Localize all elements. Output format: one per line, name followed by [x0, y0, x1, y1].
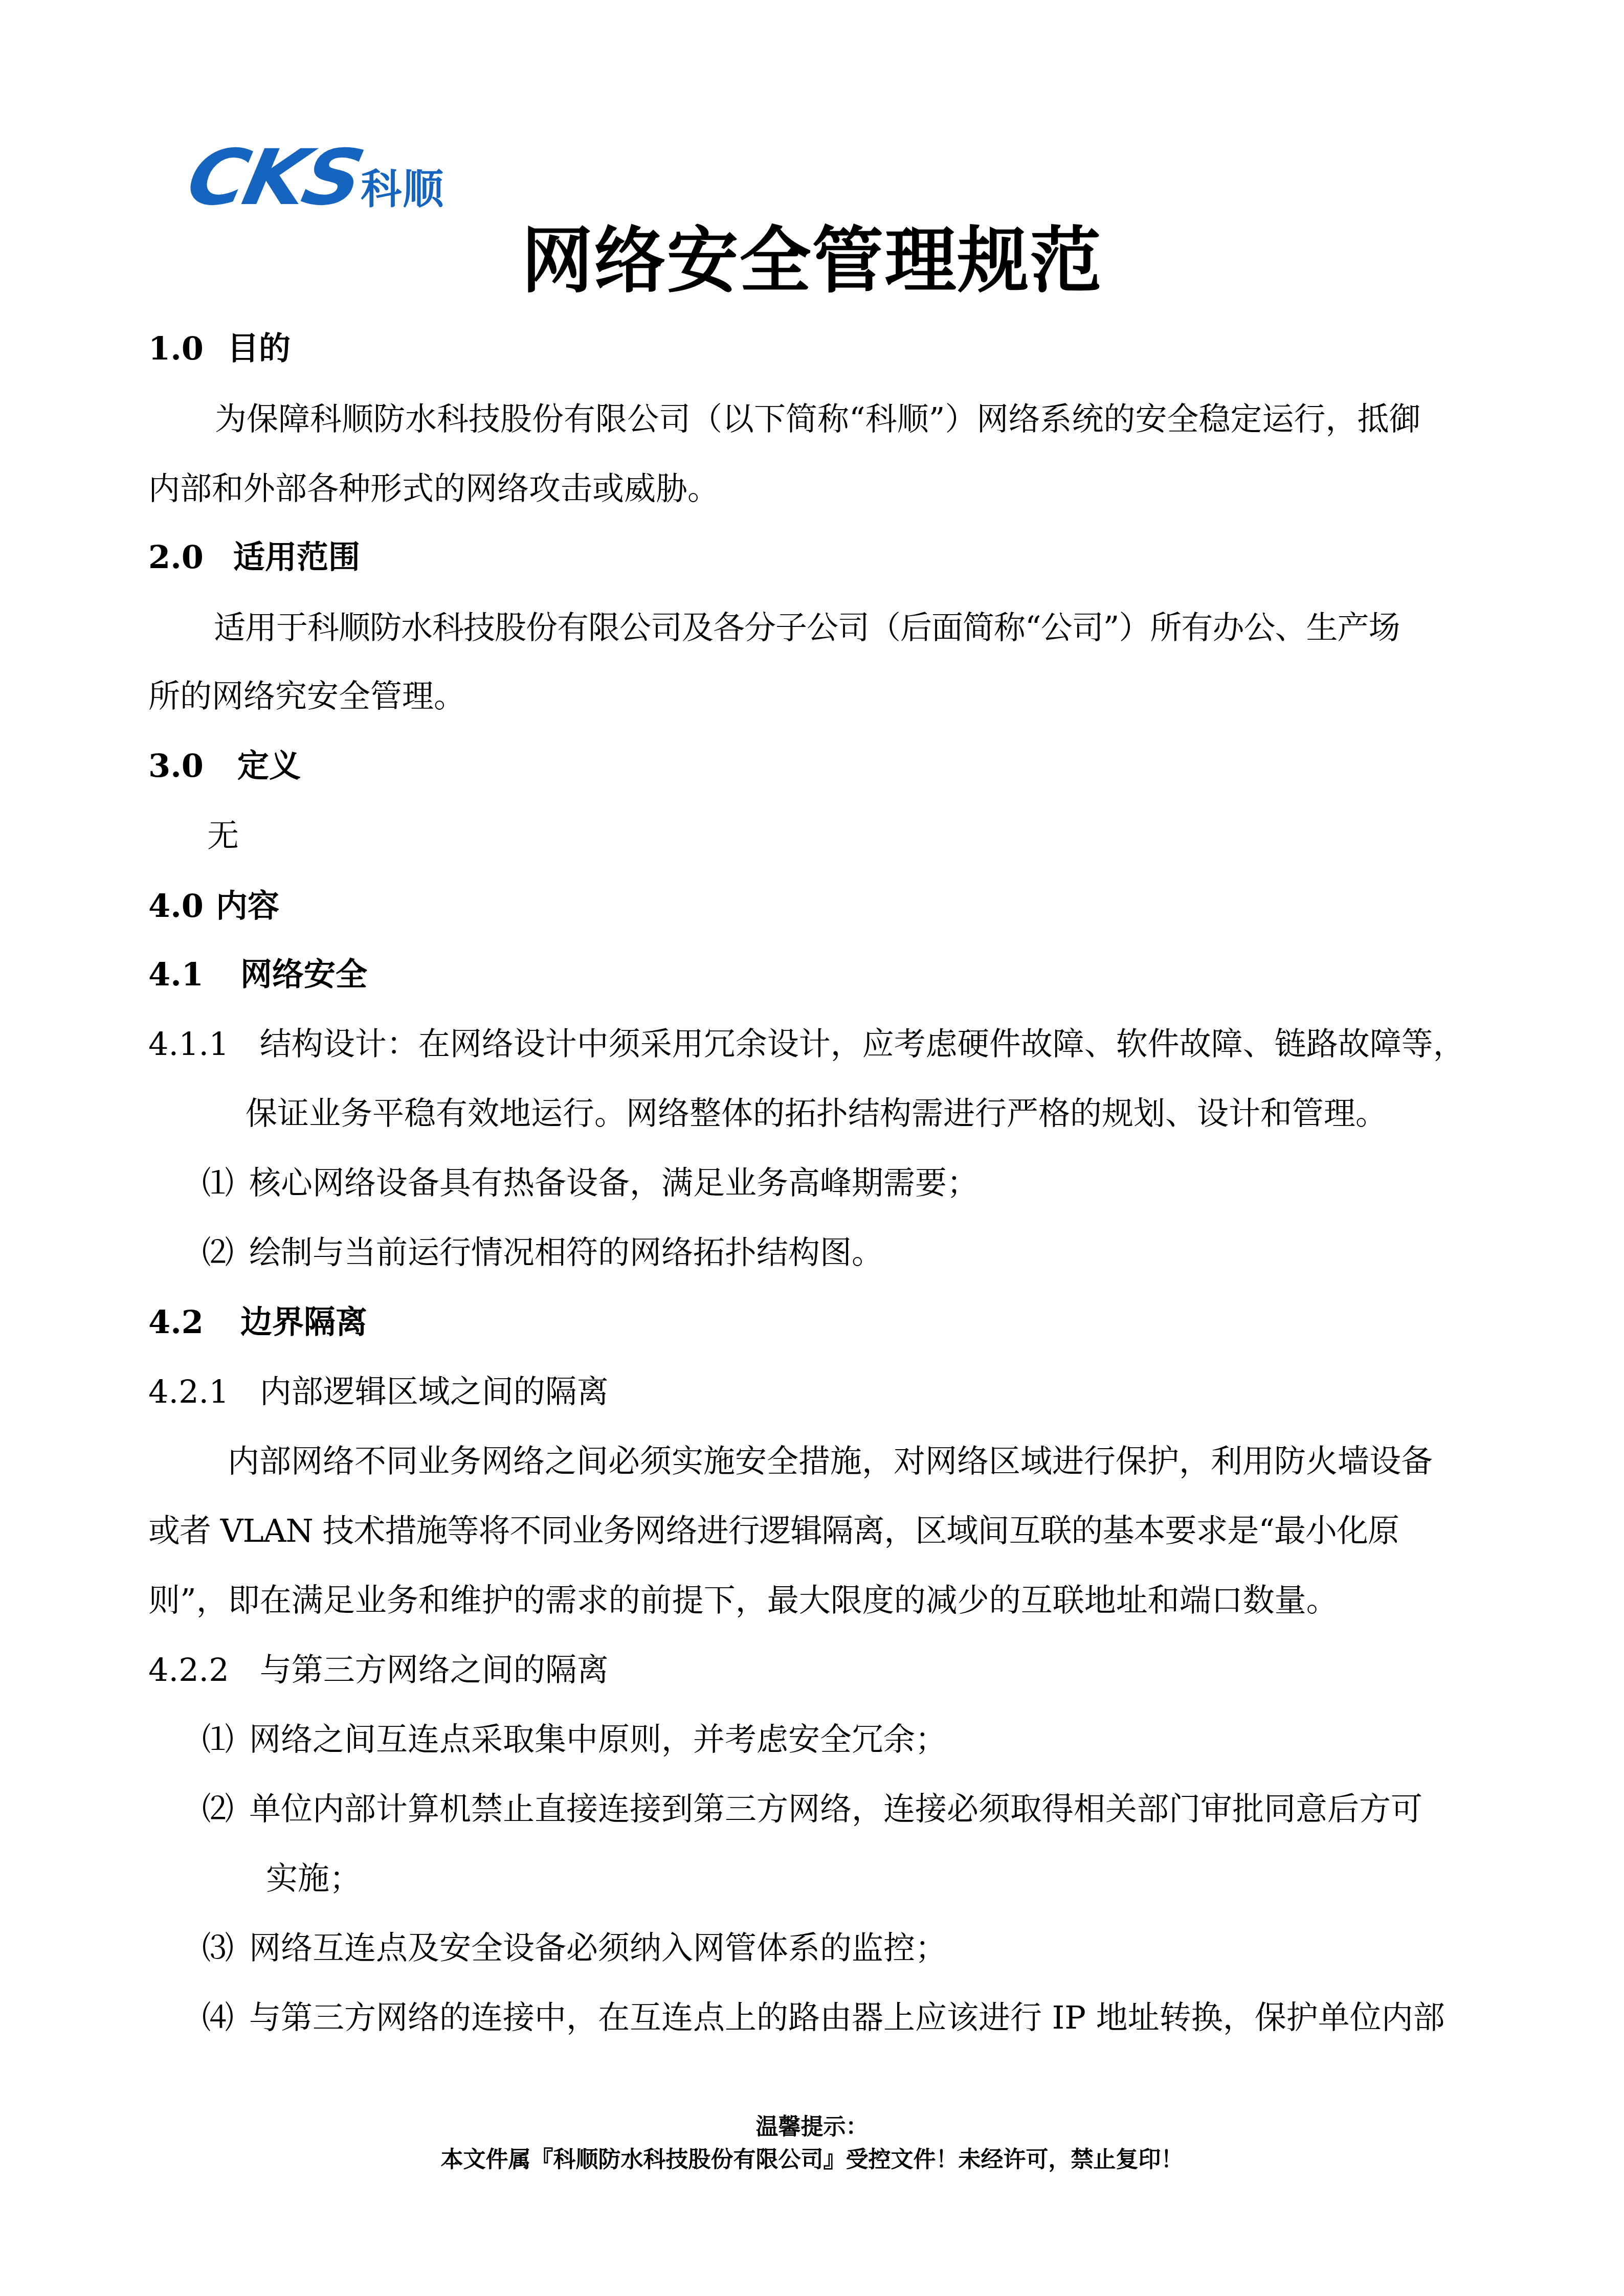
list-marker: ⑵	[202, 1234, 234, 1271]
logo-chinese-name: 科顺	[361, 169, 444, 210]
section-heading-text: 网络安全	[240, 956, 367, 993]
list-item-text: 绘制与当前运行情况相符的网络拓扑结构图。	[249, 1234, 883, 1271]
list-item: ⑷与第三方网络的连接中，在互连点上的路由器上应该进行 IP 地址转换，保护单位内…	[202, 1997, 1445, 2038]
list-marker: ⑷	[202, 1999, 234, 2036]
section-number: 4.0	[148, 886, 204, 927]
list-item-continuation: 实施；	[266, 1858, 361, 1899]
logo-mark: CKS	[182, 142, 367, 214]
section-4-2-1-paragraph-line-2: 或者 VLAN 技术措施等将不同业务网络进行逻辑隔离，区域间互联的基本要求是“最…	[148, 1511, 1399, 1551]
section-4-1-1-line-2: 保证业务平稳有效地运行。网络整体的拓扑结构需进行严格的规划、设计和管理。	[246, 1093, 1387, 1134]
section-heading-text: 适用范围	[233, 538, 360, 576]
list-item: ⑵单位内部计算机禁止直接连接到第三方网络，连接必须取得相关部门审批同意后方可	[202, 1789, 1422, 1830]
list-item-text: 网络互连点及安全设备必须纳入网管体系的监控；	[249, 1929, 947, 1967]
section-4-1-heading: 4.1网络安全	[148, 954, 367, 995]
section-4-2-1-paragraph-line-1: 内部网络不同业务网络之间必须实施安全措施，对网络区域进行保护，利用防火墙设备	[228, 1441, 1433, 1482]
section-1-paragraph-line-1: 为保障科顺防水科技股份有限公司（以下简称“科顺”）网络系统的安全稳定运行，抵御	[215, 399, 1420, 440]
section-2-paragraph-line-2: 所的网络究安全管理。	[148, 676, 465, 717]
section-text: 结构设计：在网络设计中须采用冗余设计，应考虑硬件故障、软件故障、链路故障等，	[260, 1025, 1465, 1063]
list-item: ⑴网络之间互连点采取集中原则，并考虑安全冗余；	[202, 1719, 947, 1760]
section-heading-text: 目的	[227, 330, 291, 367]
section-number: 4.2.1	[148, 1371, 229, 1412]
list-item: ⑵绘制与当前运行情况相符的网络拓扑结构图。	[202, 1232, 883, 1273]
list-item-text: 核心网络设备具有热备设备，满足业务高峰期需要；	[249, 1164, 978, 1202]
section-4-2-heading: 4.2边界隔离	[148, 1302, 367, 1343]
list-marker: ⑶	[202, 1929, 234, 1967]
section-3-body: 无	[207, 816, 239, 857]
section-heading-text: 边界隔离	[240, 1303, 367, 1341]
section-number: 3.0	[148, 746, 204, 786]
section-2-paragraph-line-1: 适用于科顺防水科技股份有限公司及各分子公司（后面简称“公司”）所有办公、生产场	[214, 607, 1399, 648]
list-item-text: 单位内部计算机禁止直接连接到第三方网络，连接必须取得相关部门审批同意后方可	[249, 1790, 1422, 1828]
section-heading-text: 与第三方网络之间的隔离	[260, 1651, 609, 1689]
footer-notice-title: 温馨提示：	[0, 2113, 1624, 2142]
section-number: 1.0	[148, 328, 204, 369]
section-number: 4.2.2	[148, 1650, 229, 1691]
section-4-2-2-heading: 4.2.2与第三方网络之间的隔离	[148, 1650, 609, 1691]
list-item-text: 与第三方网络的连接中，在互连点上的路由器上应该进行 IP 地址转换，保护单位内部	[249, 1999, 1445, 2036]
list-item: ⑶网络互连点及安全设备必须纳入网管体系的监控；	[202, 1928, 947, 1969]
section-2-heading: 2.0适用范围	[148, 537, 360, 578]
section-heading-text: 定义	[237, 747, 301, 784]
section-1-paragraph-line-2: 内部和外部各种形式的网络攻击或威胁。	[148, 468, 719, 509]
section-number: 2.0	[148, 537, 204, 578]
list-item-text: 网络之间互连点采取集中原则，并考虑安全冗余；	[249, 1721, 947, 1758]
section-heading-text: 内部逻辑区域之间的隔离	[260, 1373, 609, 1410]
section-4-heading: 4.0内容	[148, 886, 279, 927]
section-4-2-1-paragraph-line-3: 则”，即在满足业务和维护的需求的前提下，最大限度的减少的互联地址和端口数量。	[148, 1580, 1338, 1621]
section-number: 4.1.1	[148, 1024, 229, 1065]
list-marker: ⑴	[202, 1721, 234, 1758]
company-logo: CKS 科顺	[182, 137, 444, 214]
section-heading-text: 内容	[216, 887, 279, 925]
section-1-heading: 1.0目的	[148, 328, 291, 369]
section-4-2-1-heading: 4.2.1内部逻辑区域之间的隔离	[148, 1371, 609, 1412]
list-item: ⑴核心网络设备具有热备设备，满足业务高峰期需要；	[202, 1163, 978, 1204]
list-marker: ⑵	[202, 1790, 234, 1828]
footer-notice-text: 本文件属『科顺防水科技股份有限公司』受控文件！未经许可，禁止复印！	[0, 2146, 1624, 2174]
section-number: 4.2	[148, 1302, 204, 1343]
section-3-heading: 3.0定义	[148, 746, 301, 786]
section-number: 4.1	[148, 954, 204, 995]
list-marker: ⑴	[202, 1164, 234, 1202]
document-title: 网络安全管理规范	[0, 215, 1624, 307]
section-4-1-1-line-1: 4.1.1结构设计：在网络设计中须采用冗余设计，应考虑硬件故障、软件故障、链路故…	[148, 1024, 1465, 1065]
